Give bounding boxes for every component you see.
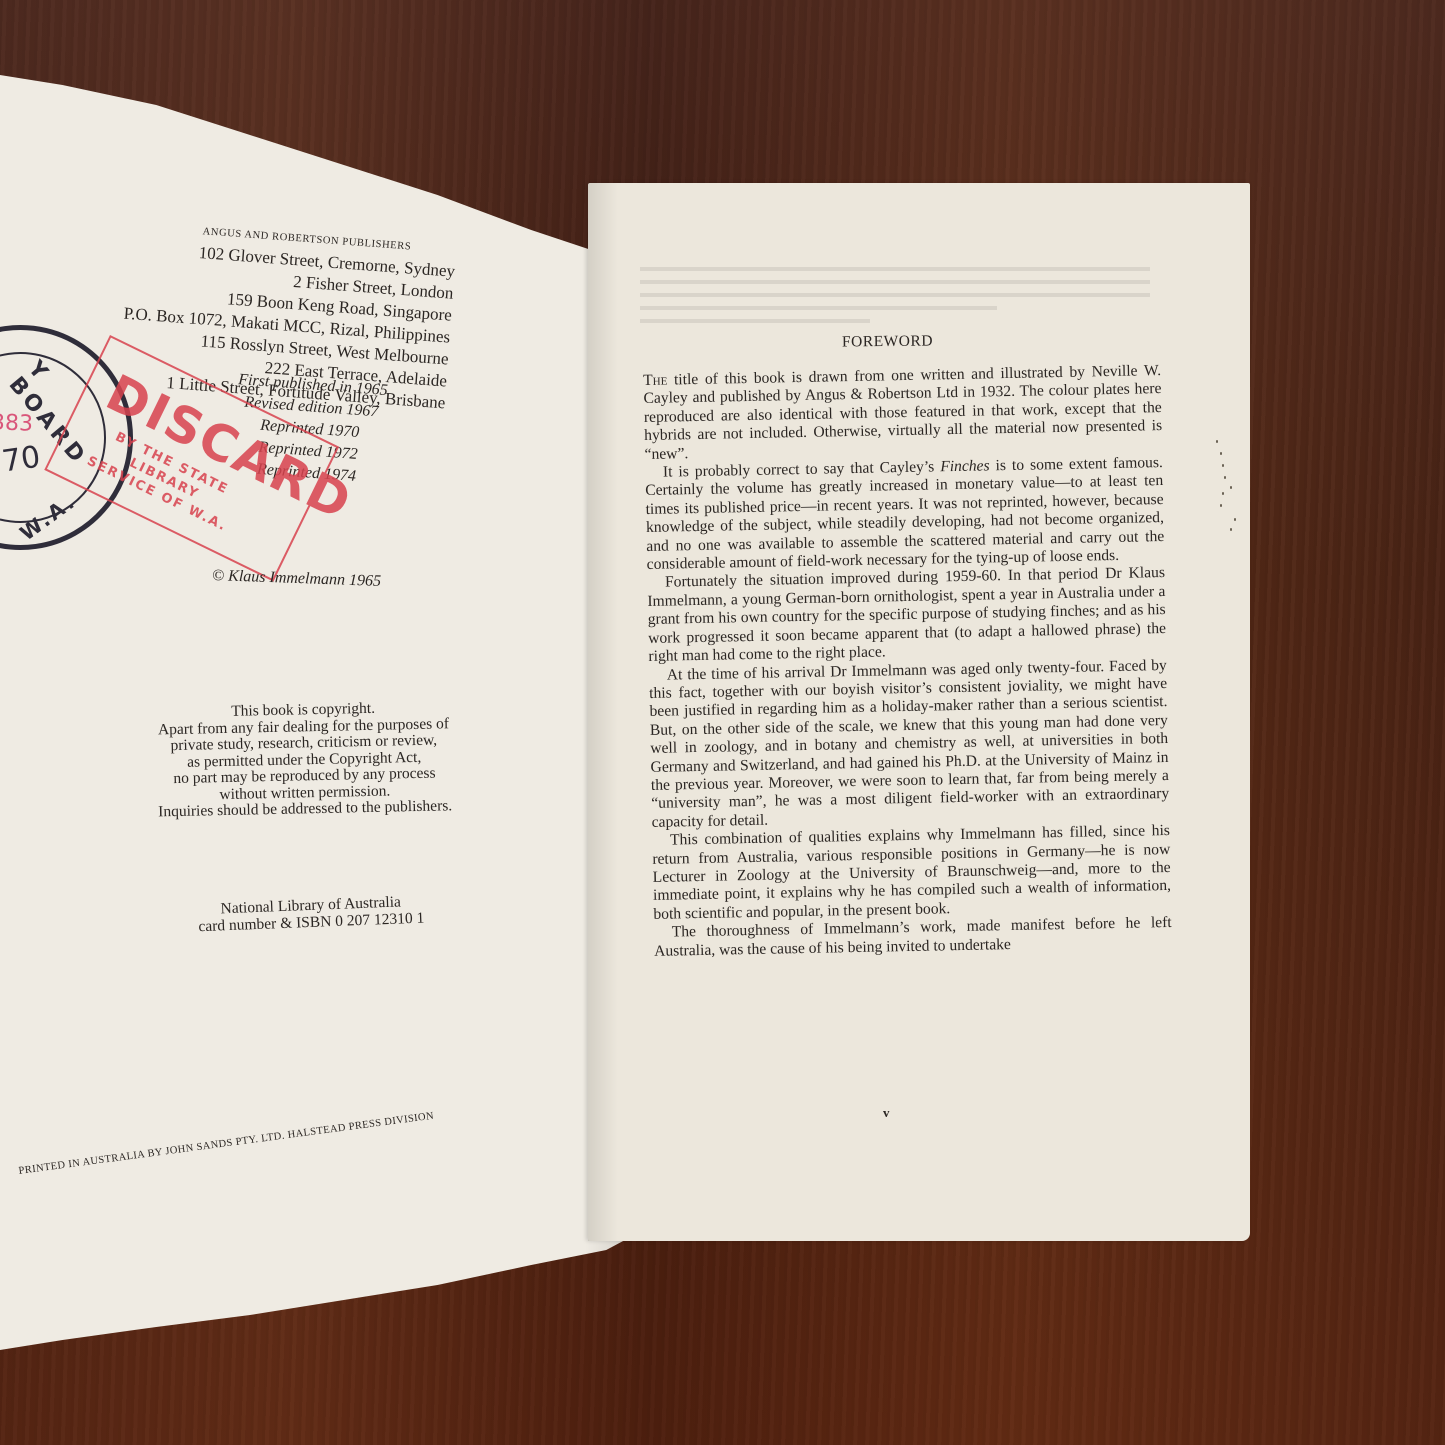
stamp-handwritten-number: 383	[0, 410, 33, 436]
paragraph-text: title of this book is drawn from one wri…	[643, 362, 1162, 463]
paper-foxing-specks	[1208, 430, 1248, 540]
page-number: v	[883, 1105, 890, 1121]
paragraph: Fortunately the situation improved durin…	[647, 564, 1167, 666]
stamp-year: 70	[0, 440, 43, 480]
foreword-text: The title of this book is drawn from one…	[643, 362, 1172, 961]
copyright-notice: This book is copyright. Apart from any f…	[128, 699, 480, 822]
paragraph: It is probably correct to say that Cayle…	[645, 454, 1165, 574]
paragraph: The title of this book is drawn from one…	[643, 362, 1163, 464]
foreword-heading: FOREWORD	[842, 333, 933, 352]
paragraph: This combination of qualities explains w…	[652, 822, 1172, 924]
paragraph: At the time of his arrival Dr Immelmann …	[649, 657, 1170, 833]
drop-lead: The	[643, 372, 668, 389]
book-title-italic: Finches	[940, 457, 990, 475]
